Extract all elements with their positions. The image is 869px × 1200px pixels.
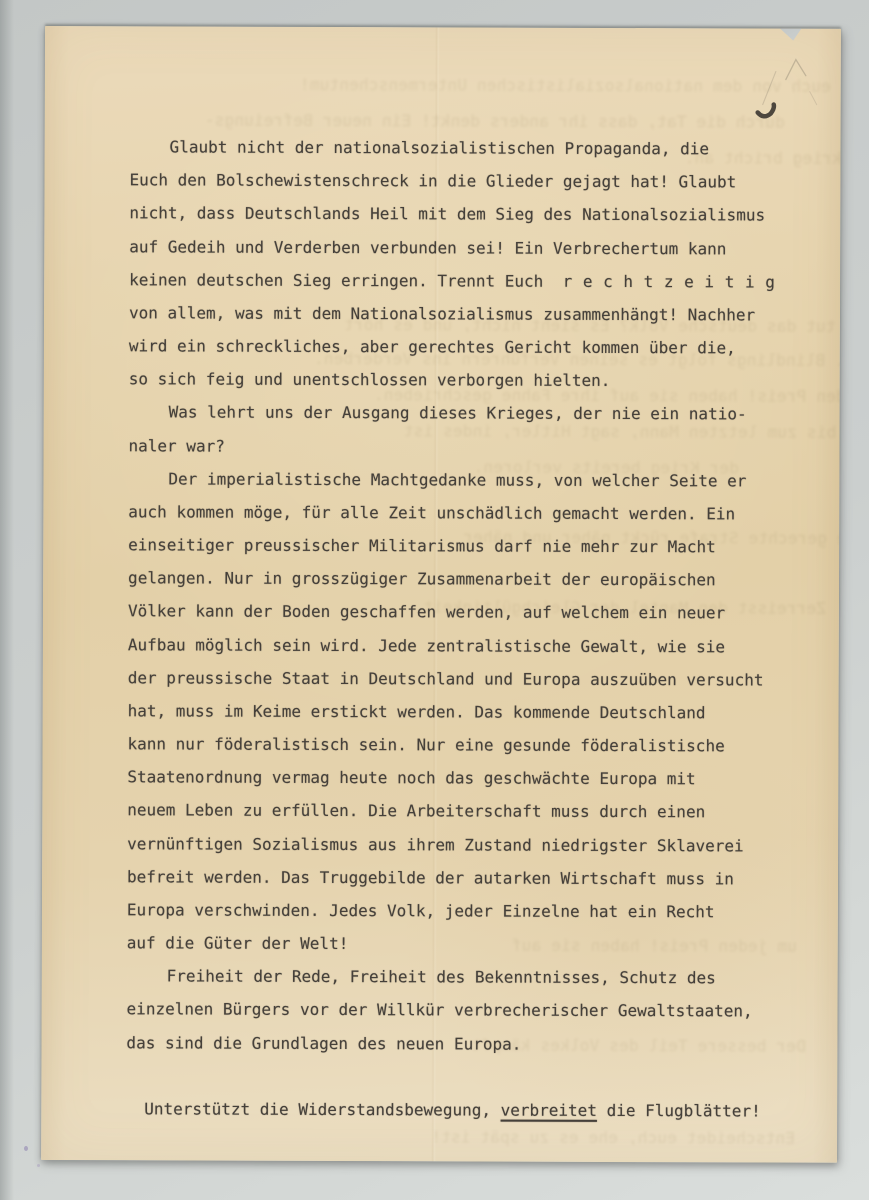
- underlined-word: verbreitet: [501, 1101, 597, 1120]
- pencil-scribble: [786, 60, 806, 80]
- text-run: auf Gedeih und Verderben verbunden sei! …: [129, 237, 726, 258]
- ink-smudge-and-pencil-marks: [745, 46, 841, 131]
- text-line: einzelnen Bürgers vor der Willkür verbre…: [127, 993, 787, 1028]
- text-line: neuem Leben zu erfüllen. Die Arbeitersch…: [127, 794, 787, 829]
- text-line: [126, 1059, 786, 1094]
- text-line: gelangen. Nur in grosszügiger Zusammenar…: [128, 562, 788, 597]
- text-run: die Flugblätter!: [597, 1101, 761, 1121]
- text-run: einseitiger preussischer Militarismus da…: [128, 535, 716, 556]
- text-line: auf Gedeih und Verderben verbunden sei! …: [129, 230, 789, 265]
- text-line: befreit werden. Das Truggebilde der auta…: [127, 860, 787, 895]
- paper-speck: [24, 1146, 28, 1151]
- pencil-scribble: [763, 72, 776, 105]
- text-run: gelangen. Nur in grosszügiger Zusammenar…: [128, 569, 716, 590]
- text-run: neuem Leben zu erfüllen. Die Arbeitersch…: [127, 801, 705, 822]
- text-run: keinen deutschen Sieg erringen. Trennt E…: [129, 270, 563, 291]
- text-line: Unterstützt die Widerstandsbewegung, ver…: [126, 1092, 786, 1127]
- text-run: nicht, dass Deutschlands Heil mit dem Si…: [129, 204, 765, 225]
- text-run: Glaubt nicht der nationalsozialistischen…: [170, 137, 710, 158]
- text-line: von allem, was mit dem Nationalsozialism…: [129, 296, 789, 331]
- text-run: das sind die Grundlagen des neuen Europa…: [126, 1033, 521, 1053]
- text-line: Was lehrt uns der Ausgang dieses Krieges…: [129, 396, 789, 431]
- bleedthrough-line: Entscheidet euch, ehe es zu spät ist!: [431, 1127, 795, 1147]
- text-run: Aufbau möglich sein wird. Jede zentralis…: [128, 635, 725, 656]
- text-line: keinen deutschen Sieg erringen. Trennt E…: [129, 263, 789, 298]
- text-run: kann nur föderalistisch sein. Nur eine g…: [127, 734, 724, 755]
- text-line: nicht, dass Deutschlands Heil mit dem Si…: [129, 197, 789, 232]
- ink-smudge: [758, 104, 774, 116]
- text-run: Euch den Bolschewistenschreck in die Gli…: [129, 170, 736, 191]
- text-line: kann nur föderalistisch sein. Nur eine g…: [127, 727, 787, 762]
- text-run: Was lehrt uns der Ausgang dieses Krieges…: [169, 403, 747, 424]
- pencil-scribble: [810, 92, 817, 105]
- text-line: Euch den Bolschewistenschreck in die Gli…: [129, 163, 789, 198]
- text-line: der preussische Staat in Deutschland und…: [128, 661, 788, 696]
- text-run: befreit werden. Das Truggebilde der auta…: [127, 867, 734, 888]
- text-run: Der imperialistische Machtgedanke muss, …: [168, 469, 746, 490]
- text-run: der preussische Staat in Deutschland und…: [128, 668, 764, 689]
- text-run: Europa verschwinden. Jedes Volk, jeder E…: [127, 900, 715, 921]
- text-run: auf die Güter der Welt!: [127, 933, 349, 953]
- text-line: wird ein schreckliches, aber gerechtes G…: [129, 329, 789, 364]
- text-line: vernünftigen Sozialismus aus ihrem Zusta…: [127, 827, 787, 862]
- text-run: r e c h t z e i t i g: [563, 271, 776, 291]
- text-run: Unterstützt die Widerstandsbewegung,: [144, 1099, 500, 1119]
- text-line: das sind die Grundlagen des neuen Europa…: [126, 1026, 786, 1061]
- torn-notch: [779, 28, 802, 41]
- text-line: Aufbau möglich sein wird. Jede zentralis…: [128, 628, 788, 663]
- text-run: auch kommen möge, für alle Zeit unschädl…: [128, 502, 735, 523]
- text-line: Völker kann der Boden geschaffen werden,…: [128, 595, 788, 630]
- text-run: vernünftigen Sozialismus aus ihrem Zusta…: [127, 834, 744, 855]
- text-line: Staatenordnung vermag heute noch das ges…: [127, 761, 787, 796]
- text-line: einseitiger preussischer Militarismus da…: [128, 528, 788, 563]
- text-line: naler war?: [128, 429, 788, 464]
- text-line: Europa verschwinden. Jedes Volk, jeder E…: [127, 893, 787, 928]
- text-line: Freiheit der Rede, Freiheit des Bekenntn…: [127, 960, 787, 995]
- text-run: von allem, was mit dem Nationalsozialism…: [129, 303, 755, 324]
- text-run: naler war?: [129, 436, 225, 455]
- text-run: einzelnen Bürgers vor der Willkür verbre…: [127, 1000, 753, 1021]
- text-run: wird ein schreckliches, aber gerechtes G…: [129, 336, 736, 357]
- text-line: Der imperialistische Machtgedanke muss, …: [128, 462, 788, 497]
- text-run: Staatenordnung vermag heute noch das ges…: [127, 768, 695, 789]
- bleedthrough-line: durch die Tat, dass ihr anders denkt! Ei…: [205, 111, 785, 132]
- text-line: auch kommen möge, für alle Zeit unschädl…: [128, 495, 788, 530]
- text-run: hat, muss im Keime erstickt werden. Das …: [128, 701, 706, 722]
- scan-background: trennt euch von dem nationalsozialistisc…: [0, 0, 869, 1200]
- text-line: auf die Güter der Welt!: [127, 926, 787, 961]
- text-line: hat, muss im Keime erstickt werden. Das …: [128, 694, 788, 729]
- text-run: so sich feig und unentschlossen verborge…: [129, 369, 611, 390]
- text-run: Freiheit der Rede, Freiheit des Bekenntn…: [167, 967, 716, 988]
- paper-speck: [37, 1164, 40, 1167]
- text-line: so sich feig und unentschlossen verborge…: [129, 362, 789, 397]
- text-run: Völker kann der Boden geschaffen werden,…: [128, 602, 725, 623]
- leaflet-paper: trennt euch von dem nationalsozialistisc…: [41, 26, 841, 1163]
- text-line: Glaubt nicht der nationalsozialistischen…: [130, 130, 790, 165]
- typewritten-text: Glaubt nicht der nationalsozialistischen…: [126, 130, 789, 1127]
